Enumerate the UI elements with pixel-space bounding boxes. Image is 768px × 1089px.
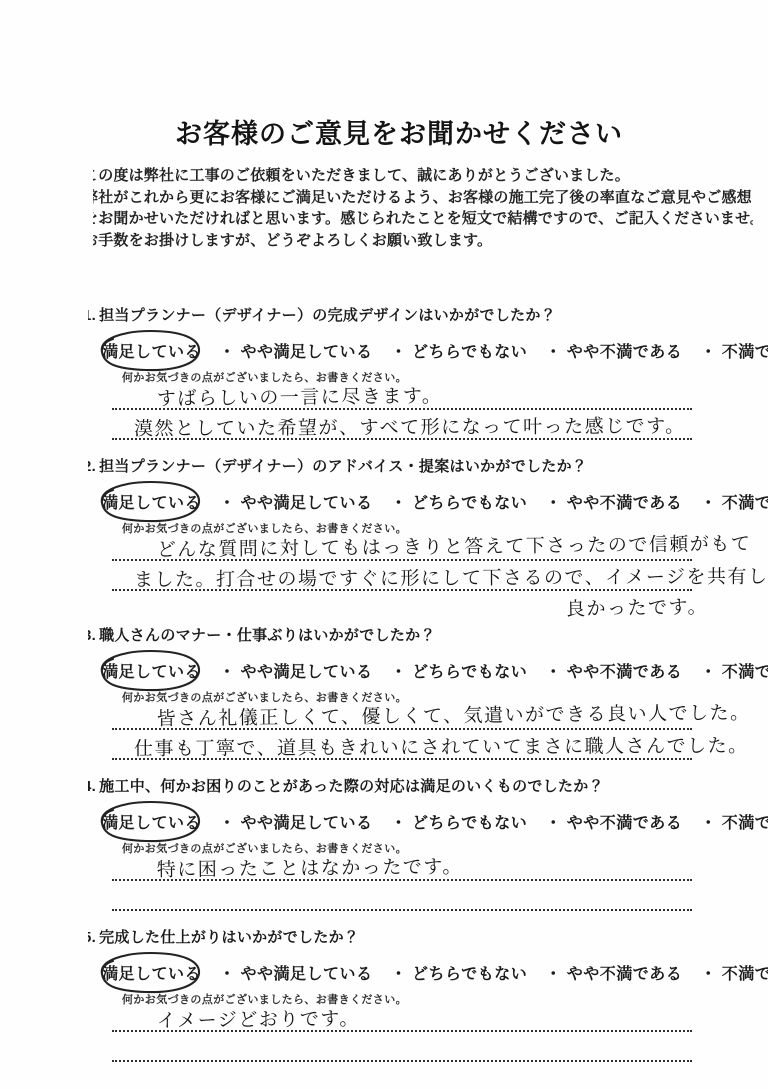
question-text: 施工中、何かお困りのことがあった際の対応は満足のいくものでしたか？ [99, 778, 604, 795]
note-label: 何かお気づきの点がございましたら、お書きください。 [122, 991, 728, 1006]
option-selected: 満足している [102, 490, 201, 513]
question-4-heading: 4.施工中、何かお困りのことがあった際の対応は満足のいくものでしたか？ [88, 776, 728, 798]
option: ・どちらでもない [390, 495, 527, 512]
dotted-answer-line: 仕事も丁寧で、道具もきれいにされていてまさに職人さんでした。 [112, 730, 692, 760]
question-text: 担当プランナー（デザイナー）のアドバイス・提案はいかがでしたか？ [99, 458, 587, 475]
answer-area: イメージどおりです。 [112, 1006, 692, 1062]
question-1-heading: 1.担当プランナー（デザイナー）の完成デザインはいかがでしたか？ [88, 305, 728, 327]
option-selected: 満足している [102, 810, 201, 833]
intro-line-1: この度は弊社に工事のご依頼をいただきまして、誠にありがとうございました。 [93, 165, 753, 187]
survey-sheet: お客様のご意見をお聞かせください この度は弊社に工事のご依頼をいただきまして、誠… [0, 0, 768, 1089]
handwritten-answer: ました。打合せの場ですぐに形にして下さるので、イメージを共有しやすくて [134, 561, 768, 592]
answer-area: 皆さん礼儀正しくて、優しくて、気遣いができる良い人でした。 仕事も丁寧で、道具も… [112, 704, 692, 760]
option: ・どちらでもない [390, 966, 527, 983]
options-row: 満足している ・やや満足している ・どちらでもない ・やや不満である ・不満であ… [88, 810, 728, 836]
option: ・どちらでもない [390, 344, 527, 361]
question-number: 1. [88, 307, 96, 324]
handwritten-answer: どんな質問に対してもはっきりと答えて下さったので信頼がもて [157, 529, 752, 562]
dotted-answer-line: どんな質問に対してもはっきりと答えて下さったので信頼がもて [112, 535, 692, 561]
options-row: 満足している ・やや満足している ・どちらでもない ・やや不満である ・不満であ… [88, 961, 728, 987]
option-selected: 満足している [102, 339, 201, 362]
handwritten-answer-overflow: 良かったです。 [566, 592, 728, 619]
dotted-answer-line: イメージどおりです。 [112, 1006, 692, 1032]
option: ・やや満足している [219, 344, 373, 361]
question-number: 2. [88, 458, 96, 475]
question-text: 職人さんのマナー・仕事ぶりはいかがでしたか？ [99, 627, 436, 644]
option: ・不満である [700, 495, 768, 512]
option: ・不満である [700, 815, 768, 832]
option: ・不満である [700, 966, 768, 983]
option: ・やや満足している [219, 815, 373, 832]
option: ・やや満足している [219, 966, 373, 983]
dotted-answer-line: すばらしいの一言に尽きます。 [112, 384, 692, 410]
options-row: 満足している ・やや満足している ・どちらでもない ・やや不満である ・不満であ… [88, 659, 728, 685]
option-selected: 満足している [102, 961, 201, 984]
question-3-heading: 3.職人さんのマナー・仕事ぶりはいかがでしたか？ [88, 625, 728, 647]
option: ・どちらでもない [390, 664, 527, 681]
answer-area: すばらしいの一言に尽きます。 漠然としていた希望が、すべて形になって叶った感じで… [112, 384, 692, 440]
option: ・不満である [700, 344, 768, 361]
dotted-answer-line [112, 1032, 692, 1062]
dotted-answer-line: 特に困ったことはなかったです。 [112, 855, 692, 881]
question-5-heading: 5.完成した仕上がりはいかがでしたか？ [88, 927, 728, 949]
handwritten-answer: 漠然としていた希望が、すべて形になって叶った感じです。 [134, 411, 686, 441]
options-row: 満足している ・やや満足している ・どちらでもない ・やや不満である ・不満であ… [88, 339, 728, 365]
intro-line-3: をお聞かせいただければと思います。感じられたことを短文で結構ですので、ご記入くだ… [93, 208, 753, 230]
question-2: 2.担当プランナー（デザイナー）のアドバイス・提案はいかがでしたか？ 満足してい… [88, 456, 728, 617]
question-2-heading: 2.担当プランナー（デザイナー）のアドバイス・提案はいかがでしたか？ [88, 456, 728, 478]
option: ・やや不満である [545, 815, 682, 832]
handwritten-answer: すばらしいの一言に尽きます。 [157, 381, 443, 411]
question-text: 完成した仕上がりはいかがでしたか？ [99, 929, 359, 946]
dotted-answer-line: 皆さん礼儀正しくて、優しくて、気遣いができる良い人でした。 [112, 704, 692, 730]
handwritten-answer: 仕事も丁寧で、道具もきれいにされていてまさに職人さんでした。 [134, 731, 749, 761]
question-number: 5. [88, 929, 96, 946]
intro-line-4: お手数をお掛けしますが、どうぞよろしくお願い致します。 [93, 230, 753, 252]
dotted-answer-line: 漠然としていた希望が、すべて形になって叶った感じです。 [112, 410, 692, 440]
question-number: 3. [88, 627, 96, 644]
answer-area: どんな質問に対してもはっきりと答えて下さったので信頼がもて ました。打合せの場で… [112, 535, 692, 591]
question-1: 1.担当プランナー（デザイナー）の完成デザインはいかがでしたか？ 満足している … [88, 305, 728, 440]
question-text: 担当プランナー（デザイナー）の完成デザインはいかがでしたか？ [99, 307, 556, 324]
intro-line-2: 弊社がこれから更にお客様にご満足いただけるよう、お客様の施工完了後の率直なご意見… [93, 187, 753, 209]
option: ・不満である [700, 664, 768, 681]
option: ・やや不満である [545, 966, 682, 983]
option: ・やや不満である [545, 664, 682, 681]
question-4: 4.施工中、何かお困りのことがあった際の対応は満足のいくものでしたか？ 満足して… [88, 776, 728, 911]
question-3: 3.職人さんのマナー・仕事ぶりはいかがでしたか？ 満足している ・やや満足してい… [88, 625, 728, 760]
page-title: お客様のご意見をお聞かせください [0, 0, 768, 151]
question-number: 4. [88, 778, 96, 795]
option: ・やや不満である [545, 495, 682, 512]
handwritten-answer: 特に困ったことはなかったです。 [157, 852, 463, 882]
handwritten-answer: イメージどおりです。 [157, 1004, 360, 1033]
handwritten-answer: 皆さん礼儀正しくて、優しくて、気遣いができる良い人でした。 [157, 698, 751, 731]
option: ・やや満足している [219, 664, 373, 681]
option: ・やや不満である [545, 344, 682, 361]
option: ・やや満足している [219, 495, 373, 512]
answer-area: 特に困ったことはなかったです。 [112, 855, 692, 911]
options-row: 満足している ・やや満足している ・どちらでもない ・やや不満である ・不満であ… [88, 490, 728, 516]
option: ・どちらでもない [390, 815, 527, 832]
dotted-answer-line: ました。打合せの場ですぐに形にして下さるので、イメージを共有しやすくて [112, 561, 692, 591]
question-5: 5.完成した仕上がりはいかがでしたか？ 満足している ・やや満足している ・どち… [88, 927, 728, 1062]
intro-text: この度は弊社に工事のご依頼をいただきまして、誠にありがとうございました。 弊社が… [93, 165, 753, 251]
option-selected: 満足している [102, 659, 201, 682]
dotted-answer-line [112, 881, 692, 911]
